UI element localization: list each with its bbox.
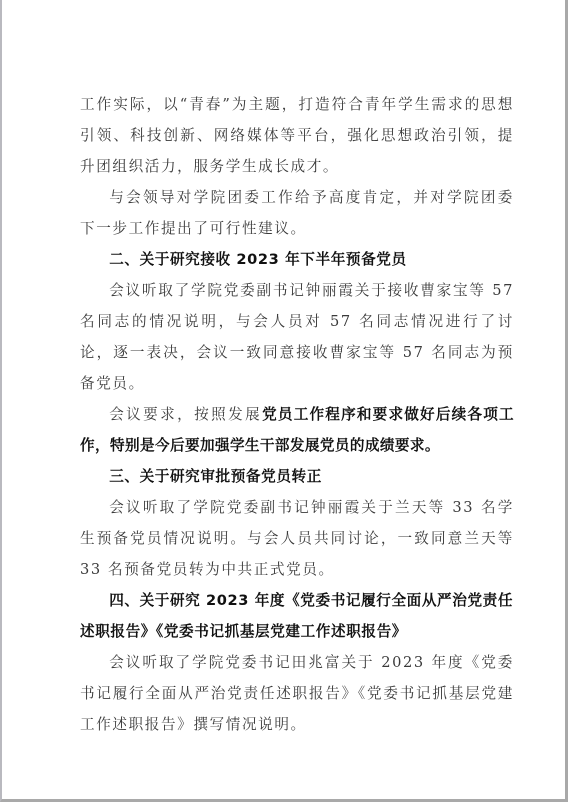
section-heading-2: 二、关于研究接收 2023 年下半年预备党员: [80, 244, 514, 275]
paragraph-member-confirmation: 会议听取了学院党委副书记钟丽霞关于兰天等 33 名学生预备党员情况说明。与会人员…: [80, 492, 514, 585]
paragraph-secretary-report: 会议听取了学院党委书记田兆富关于 2023 年度《党委书记履行全面从严治党责任述…: [80, 647, 514, 740]
requirements-regular-text: 会议要求，按照发展: [109, 406, 262, 423]
document-body: 工作实际，以“青春”为主题，打造符合青年学生需求的思想引领、科技创新、网络媒体等…: [80, 89, 514, 740]
paragraph-probationary-members: 会议听取了学院党委副书记钟丽霞关于接收曹家宝等 57 名同志的情况说明，与会人员…: [80, 275, 514, 399]
document-page: 工作实际，以“青春”为主题，打造符合青年学生需求的思想引领、科技创新、网络媒体等…: [0, 0, 568, 802]
paragraph-youth-work-summary: 工作实际，以“青春”为主题，打造符合青年学生需求的思想引领、科技创新、网络媒体等…: [80, 89, 514, 182]
paragraph-meeting-requirements: 会议要求，按照发展党员工作程序和要求做好后续各项工作，特别是今后要加强学生干部发…: [80, 399, 514, 461]
paragraph-leadership-feedback: 与会领导对学院团委工作给予高度肯定，并对学院团委下一步工作提出了可行性建议。: [80, 182, 514, 244]
section-heading-4: 四、关于研究 2023 年度《党委书记履行全面从严治党责任述职报告》《党委书记抓…: [80, 585, 514, 647]
section-heading-3: 三、关于研究审批预备党员转正: [80, 461, 514, 492]
